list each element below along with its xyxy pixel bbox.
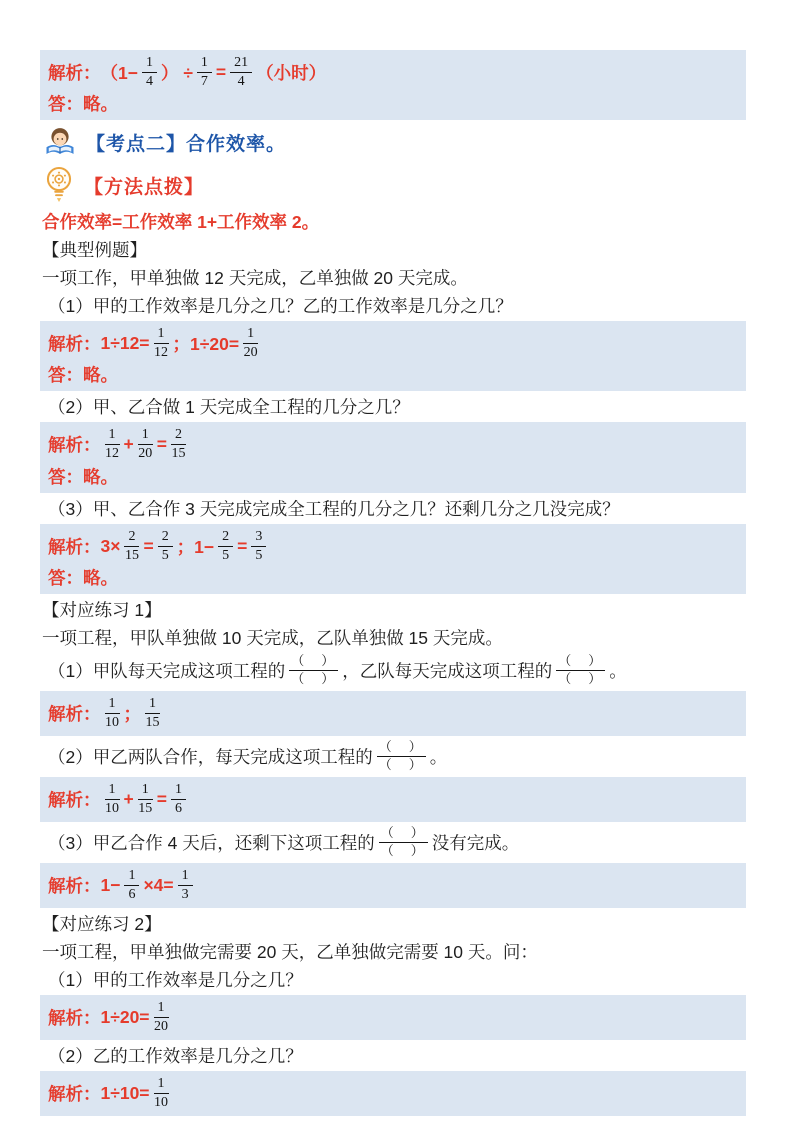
fraction-denominator: 15: [146, 714, 160, 731]
fraction-denominator: 10: [105, 800, 119, 817]
text-segment: 。: [609, 658, 627, 683]
fraction-numerator: 1: [138, 782, 153, 800]
text-line: 一项工作，甲单独做 12 天完成，乙单独做 20 天完成。: [40, 265, 746, 290]
fraction: 110: [105, 696, 120, 731]
text-segment: （3）甲、乙合作 3 天完成完成全工程的几分之几？还剩几分之几没完成？: [48, 496, 620, 521]
text-segment: 解析：: [48, 701, 101, 726]
text-segment: 3×: [101, 536, 121, 557]
fraction-numerator: （ ）: [556, 654, 605, 671]
solution-line: 答：略。: [48, 464, 738, 489]
fraction-denominator: 20: [244, 344, 258, 361]
fraction: 214: [230, 55, 252, 90]
fraction-denominator: 20: [154, 1018, 168, 1035]
text-line: （1）甲的工作效率是几分之几？: [40, 967, 746, 992]
fraction-numerator: 1: [243, 326, 258, 344]
fraction: 17: [197, 55, 212, 90]
text-line: 合作效率=工作效率 1+工作效率 2。: [40, 209, 746, 234]
fraction: 25: [218, 529, 233, 564]
fraction-denominator: 6: [128, 886, 135, 903]
solution-line: 解析：1÷10=110: [48, 1075, 738, 1112]
text-segment: 解析：: [48, 331, 101, 356]
fraction: 16: [124, 868, 139, 903]
solution-block: 解析：（1−14） ÷17=214（小时）答：略。: [40, 50, 746, 120]
text-segment: 1÷20=: [101, 1007, 150, 1028]
solution-line: 解析：1−16×4=13: [48, 867, 738, 904]
fraction-denominator: 12: [154, 344, 168, 361]
fraction-numerator: 1: [142, 55, 157, 73]
fraction-numerator: 1: [138, 427, 153, 445]
fraction-denominator: （ ）: [289, 671, 338, 687]
fraction-denominator: 15: [171, 445, 185, 462]
text-segment: （2）甲、乙合做 1 天完成全工程的几分之几？: [48, 394, 410, 419]
text-line: （2）乙的工作效率是几分之几？: [40, 1043, 746, 1068]
text-segment: 解析：: [48, 1005, 101, 1030]
fraction-numerator: 1: [154, 326, 169, 344]
text-line: （2）甲乙两队合作，每天完成这项工程的（ ）（ ）。: [40, 739, 746, 774]
section-heading: 【方法点拨】: [42, 164, 746, 206]
text-segment: 1−: [101, 875, 121, 896]
solution-block: 解析：1÷12=112；1÷20=120答：略。: [40, 321, 746, 391]
text-line: （2）甲、乙合做 1 天完成全工程的几分之几？: [40, 394, 746, 419]
text-segment: （3）甲乙合作 4 天后，还剩下这项工程的: [48, 830, 375, 855]
text-line: 一项工程，甲队单独做 10 天完成，乙队单独做 15 天完成。: [40, 625, 746, 650]
text-segment: 【对应练习 1】: [42, 597, 162, 622]
text-segment: 解析：: [48, 534, 101, 559]
fraction-denominator: 20: [138, 445, 152, 462]
fraction: 215: [171, 427, 186, 462]
fraction-denominator: 12: [105, 445, 119, 462]
fraction-denominator: 4: [146, 73, 153, 90]
fraction-numerator: 1: [124, 868, 139, 886]
fraction-denominator: （ ）: [377, 757, 426, 773]
text-segment: （2）甲乙两队合作，每天完成这项工程的: [48, 744, 373, 769]
text-line: （3）甲乙合作 4 天后，还剩下这项工程的（ ）（ ）没有完成。: [40, 825, 746, 860]
fraction: 110: [105, 782, 120, 817]
fraction: 112: [154, 326, 169, 361]
solution-block: 解析：110+115=16: [40, 777, 746, 822]
text-line: 【对应练习 2】: [40, 911, 746, 936]
text-segment: 解析：: [48, 1081, 101, 1106]
text-segment: 没有完成。: [432, 830, 520, 855]
text-segment: （小时）: [256, 60, 326, 85]
fraction: 120: [154, 1000, 169, 1035]
text-segment: 答：略。: [48, 362, 118, 387]
solution-line: 解析：1÷12=112；1÷20=120: [48, 325, 738, 362]
text-segment: ×4=: [143, 875, 173, 896]
section-heading-label: 【考点二】合作效率。: [86, 129, 286, 156]
text-line: 【对应练习 1】: [40, 597, 746, 622]
text-segment: =: [157, 434, 167, 455]
section-heading: 【考点二】合作效率。: [42, 123, 746, 161]
fraction-denominator: 6: [175, 800, 182, 817]
fraction: 35: [251, 529, 266, 564]
text-line: 一项工程，甲单独做完需要 20 天，乙单独做完需要 10 天。问：: [40, 939, 746, 964]
text-segment: （2）乙的工作效率是几分之几？: [48, 1043, 303, 1068]
text-segment: 一项工程，甲单独做完需要 20 天，乙单独做完需要 10 天。问：: [42, 939, 538, 964]
fraction-denominator: 4: [238, 73, 245, 90]
fraction-numerator: 1: [105, 696, 120, 714]
text-segment: ，乙队每天完成这项工程的: [342, 658, 552, 683]
text-segment: +: [124, 789, 134, 810]
text-segment: 【对应练习 2】: [42, 911, 162, 936]
text-segment: =: [216, 62, 226, 83]
text-line: （3）甲、乙合作 3 天完成完成全工程的几分之几？还剩几分之几没完成？: [40, 496, 746, 521]
solution-block: 解析：1÷20=120: [40, 995, 746, 1040]
solution-block: 解析：112+120=215答：略。: [40, 422, 746, 492]
solution-block: 解析：1÷10=110: [40, 1071, 746, 1116]
fraction-numerator: 21: [230, 55, 252, 73]
text-segment: =: [237, 536, 247, 557]
fraction-denominator: 10: [105, 714, 119, 731]
fraction-denominator: （ ）: [379, 843, 428, 859]
fraction: 16: [171, 782, 186, 817]
text-line: （1）甲的工作效率是几分之几？乙的工作效率是几分之几？: [40, 293, 746, 318]
text-segment: ；1−: [177, 534, 214, 559]
text-segment: （1）甲的工作效率是几分之几？: [48, 967, 303, 992]
text-segment: （1）甲队每天完成这项工程的: [48, 658, 285, 683]
fraction: 215: [124, 529, 139, 564]
fraction-numerator: （ ）: [377, 740, 426, 757]
child-reading-icon: [42, 124, 78, 160]
fraction: 120: [243, 326, 258, 361]
text-segment: ；: [124, 701, 142, 726]
worksheet-page: 解析：（1−14） ÷17=214（小时）答：略。 【考点二】合作效率。 【方法…: [0, 0, 793, 1122]
fraction-denominator: 15: [125, 547, 139, 564]
text-segment: 【典型例题】: [42, 237, 147, 262]
fraction-numerator: 2: [124, 529, 139, 547]
fraction-numerator: （ ）: [379, 826, 428, 843]
fraction-denominator: 5: [255, 547, 262, 564]
text-segment: 解析：: [48, 60, 101, 85]
text-segment: 答：略。: [48, 464, 118, 489]
text-segment: ；1÷20=: [173, 331, 240, 356]
text-line: （1）甲队每天完成这项工程的（ ）（ ），乙队每天完成这项工程的（ ）（ ）。: [40, 653, 746, 688]
solution-block: 解析：110；115: [40, 691, 746, 736]
fraction-denominator: 3: [182, 886, 189, 903]
fraction-denominator: 7: [201, 73, 208, 90]
lightbulb-icon: [42, 164, 76, 206]
fraction-numerator: 2: [218, 529, 233, 547]
fraction-numerator: 2: [158, 529, 173, 547]
fraction-numerator: 1: [197, 55, 212, 73]
fraction-numerator: （ ）: [289, 654, 338, 671]
text-line: 【典型例题】: [40, 237, 746, 262]
solution-line: 解析：110+115=16: [48, 781, 738, 818]
fraction: 14: [142, 55, 157, 90]
text-segment: 1÷10=: [101, 1083, 150, 1104]
fraction: 25: [158, 529, 173, 564]
text-segment: （1）甲的工作效率是几分之几？乙的工作效率是几分之几？: [48, 293, 513, 318]
text-segment: +: [124, 434, 134, 455]
section-heading-label: 【方法点拨】: [84, 172, 204, 199]
blank-fraction: （ ）（ ）: [379, 826, 428, 859]
fraction-numerator: 1: [105, 427, 120, 445]
fraction-denominator: 10: [154, 1094, 168, 1111]
blank-fraction: （ ）（ ）: [289, 654, 338, 687]
text-segment: 解析：: [48, 787, 101, 812]
fraction-denominator: 5: [222, 547, 229, 564]
fraction: 120: [138, 427, 153, 462]
text-segment: 解析：: [48, 873, 101, 898]
fraction: 112: [105, 427, 120, 462]
fraction-numerator: 1: [171, 782, 186, 800]
text-segment: 解析：: [48, 432, 101, 457]
solution-line: 解析：112+120=215: [48, 426, 738, 463]
solution-line: 解析：110；115: [48, 695, 738, 732]
fraction: 115: [138, 782, 153, 817]
fraction: 13: [178, 868, 193, 903]
fraction: 115: [145, 696, 160, 731]
solution-line: 解析：（1−14） ÷17=214（小时）: [48, 54, 738, 91]
solution-line: 解析：3×215=25；1−25=35: [48, 528, 738, 565]
text-segment: 一项工程，甲队单独做 10 天完成，乙队单独做 15 天完成。: [42, 625, 503, 650]
fraction-denominator: 5: [162, 547, 169, 564]
fraction-numerator: 3: [251, 529, 266, 547]
fraction-numerator: 1: [178, 868, 193, 886]
solution-line: 答：略。: [48, 91, 738, 116]
text-segment: 1÷12=: [101, 333, 150, 354]
text-segment: （1−: [101, 60, 138, 85]
text-segment: =: [143, 536, 153, 557]
fraction-numerator: 2: [171, 427, 186, 445]
solution-block: 解析：1−16×4=13: [40, 863, 746, 908]
text-segment: 一项工作，甲单独做 12 天完成，乙单独做 20 天完成。: [42, 265, 468, 290]
fraction-numerator: 1: [154, 1076, 169, 1094]
text-segment: 答：略。: [48, 91, 118, 116]
fraction: 110: [154, 1076, 169, 1111]
text-segment: 合作效率=工作效率 1+工作效率 2。: [42, 209, 319, 234]
fraction-denominator: 15: [138, 800, 152, 817]
solution-line: 答：略。: [48, 565, 738, 590]
solution-line: 解析：1÷20=120: [48, 999, 738, 1036]
fraction-denominator: （ ）: [556, 671, 605, 687]
text-segment: 答：略。: [48, 565, 118, 590]
fraction-numerator: 1: [105, 782, 120, 800]
text-segment: 。: [430, 744, 448, 769]
fraction-numerator: 1: [154, 1000, 169, 1018]
blank-fraction: （ ）（ ）: [377, 740, 426, 773]
text-segment: =: [157, 789, 167, 810]
text-segment: ） ÷: [161, 60, 193, 85]
blank-fraction: （ ）（ ）: [556, 654, 605, 687]
fraction-numerator: 1: [145, 696, 160, 714]
solution-block: 解析：3×215=25；1−25=35答：略。: [40, 524, 746, 594]
solution-line: 答：略。: [48, 362, 738, 387]
